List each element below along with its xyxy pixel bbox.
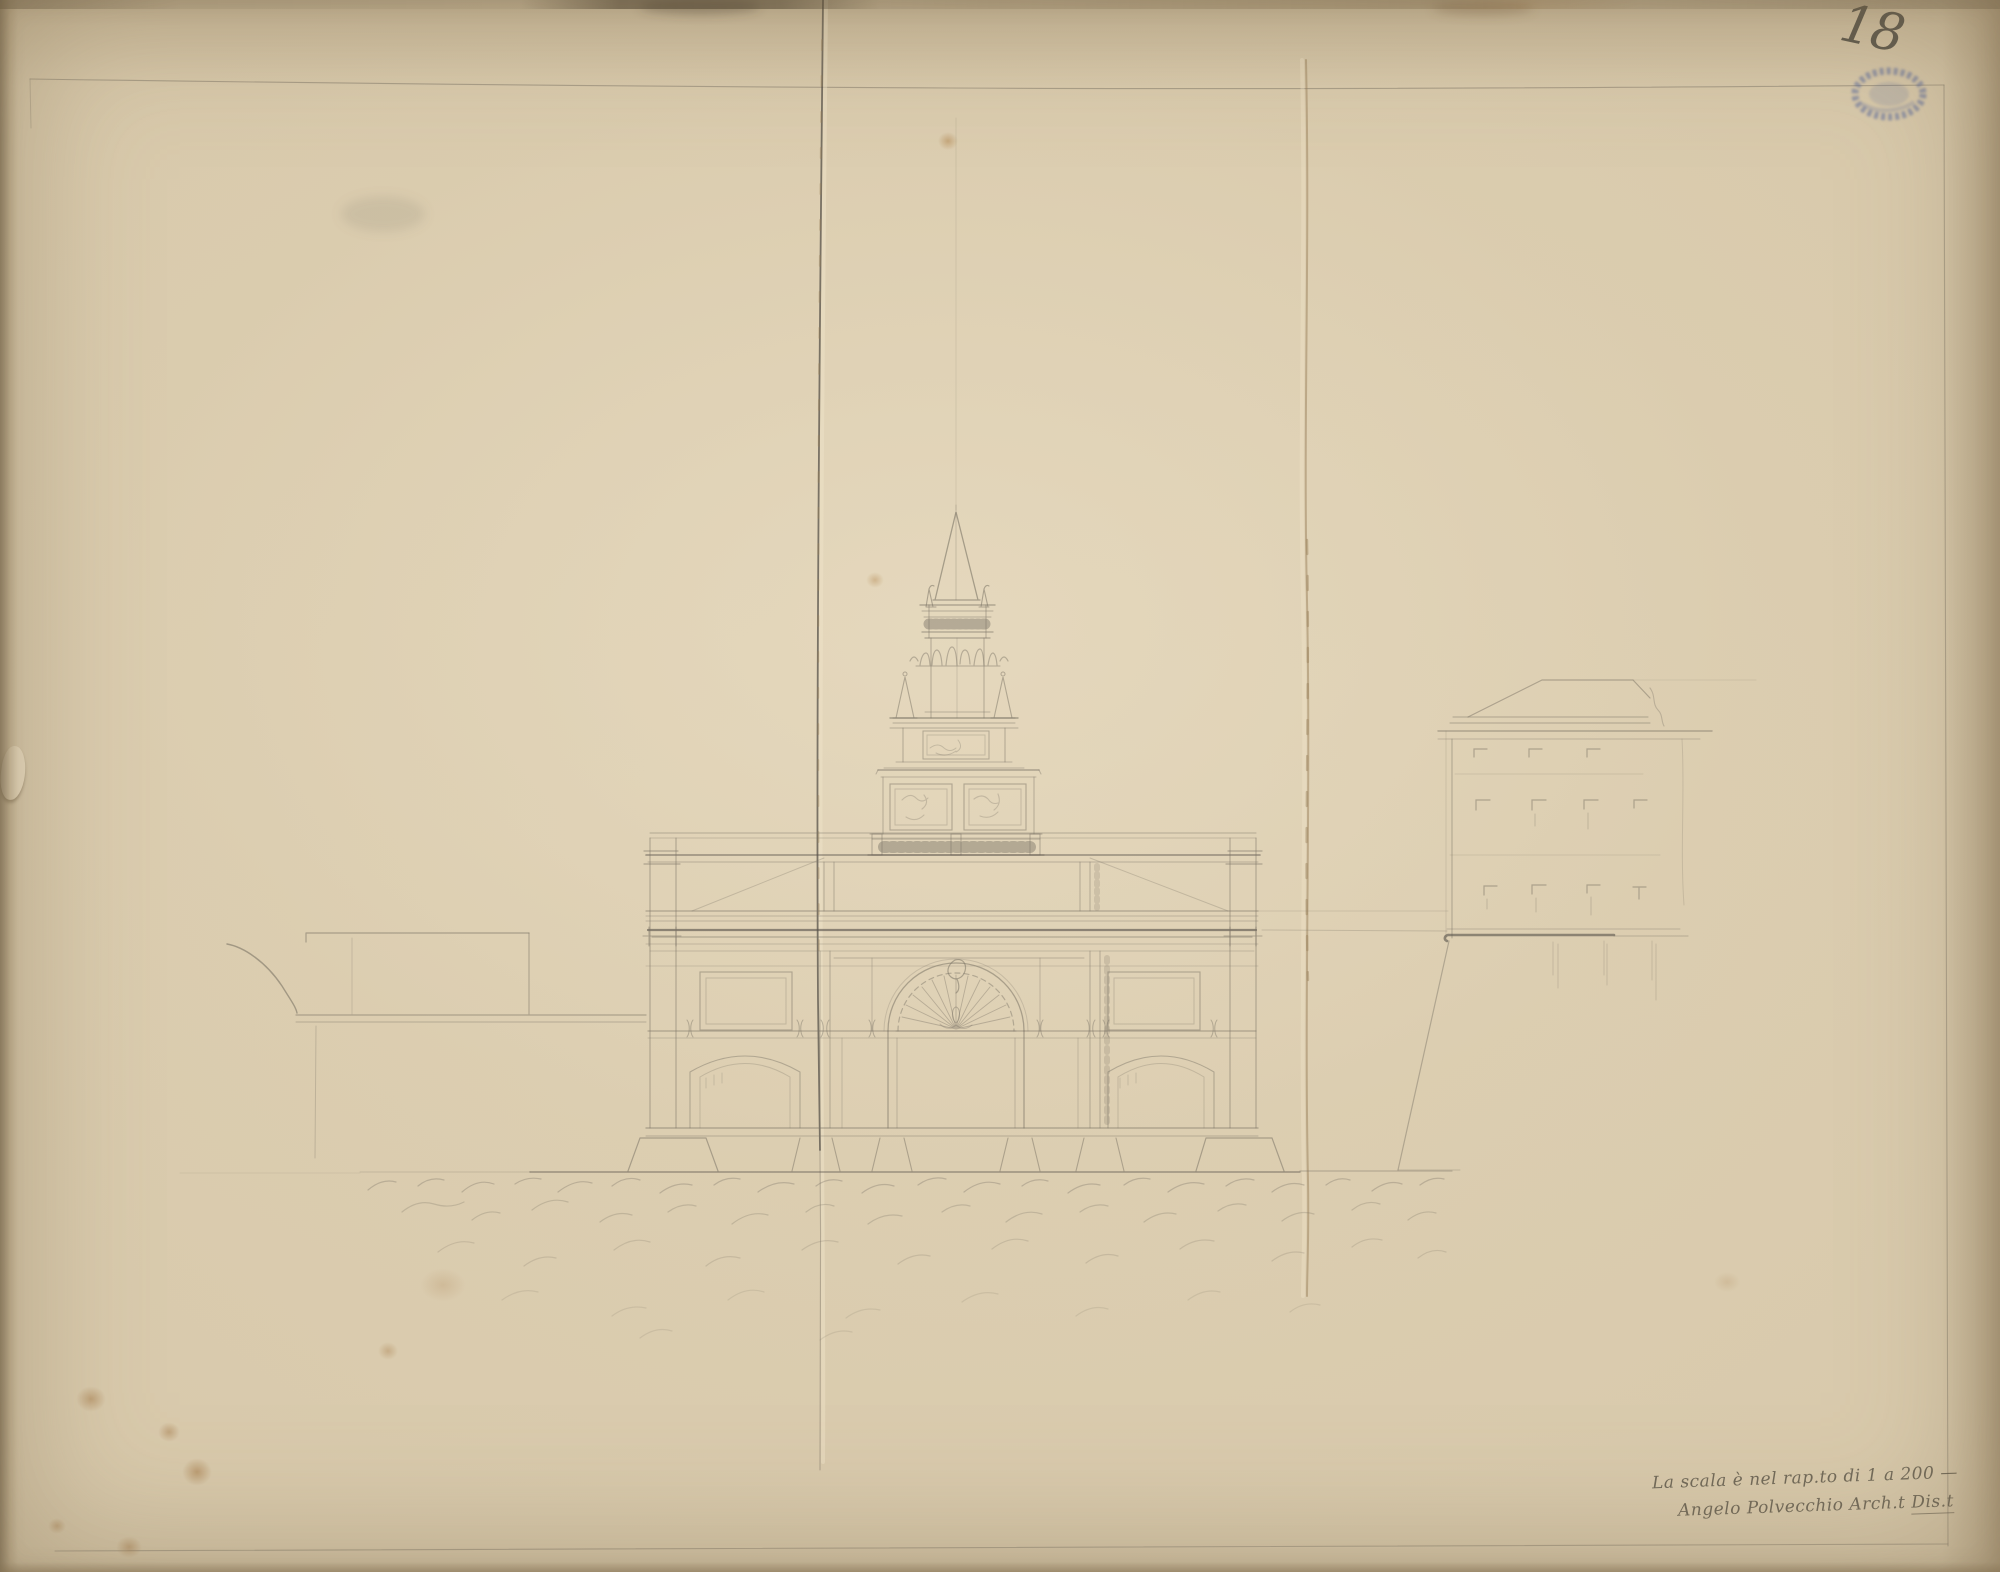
tower-lantern xyxy=(920,585,995,638)
fan-radial-lines xyxy=(902,975,1010,1029)
foot-left-pilaster xyxy=(792,1138,840,1171)
keystone-cartouche xyxy=(948,960,966,993)
ground-line-and-hatching xyxy=(180,1171,1452,1340)
paper-edge-right xyxy=(1942,0,2000,1572)
wall-curved-end xyxy=(227,944,297,1013)
foot-right-pier xyxy=(1196,1138,1284,1171)
tower-spire xyxy=(933,505,980,600)
left-pier-edges xyxy=(650,838,676,1128)
attic-panel-right xyxy=(964,784,1026,830)
left-wall-elevation xyxy=(227,933,646,1158)
pavilion-upper-pilasters xyxy=(824,862,1090,911)
obelisk-right-ball xyxy=(1001,672,1005,676)
window-marks-row2 xyxy=(1476,800,1647,810)
fold-crease-left xyxy=(817,0,826,1470)
border-frame xyxy=(30,79,1948,1551)
crease-line xyxy=(1306,60,1309,1296)
pavilion-pilasters xyxy=(687,866,1217,1128)
tower-statue-frieze xyxy=(910,638,1008,718)
window-marks-row3 xyxy=(1484,885,1646,899)
right-wing-arch xyxy=(1108,1056,1214,1128)
gate-wings xyxy=(690,972,1214,1128)
obelisk-left-ball xyxy=(903,672,907,676)
tier-relief-sketch xyxy=(930,740,961,755)
tier-base-steps xyxy=(884,762,1024,768)
tier-cornice-lines xyxy=(890,723,1018,728)
round-archive-ink-stamp xyxy=(1855,71,1923,117)
scanned-drawing-sheet: 18 La scala è nel rap.to di 1 a 200 — An… xyxy=(0,0,2000,1572)
hatch-row-1 xyxy=(368,1178,1444,1193)
graphite-smudges xyxy=(341,0,1533,232)
left-wing-panel-inner xyxy=(706,978,786,1024)
gate-end-piers xyxy=(650,838,1256,1128)
base-sketch-ticks xyxy=(1553,941,1656,1000)
attic-cornice-line xyxy=(876,770,1041,777)
crease-line-lower xyxy=(820,1150,821,1470)
foot-door-left-jamb xyxy=(872,1138,912,1171)
stringcourse-heavy xyxy=(1445,935,1614,941)
construction-guides xyxy=(956,118,1448,931)
right-wing-panel-inner xyxy=(1114,978,1194,1024)
tier-sides xyxy=(903,728,1005,762)
left-wing-panel xyxy=(700,972,792,1030)
door-jambs xyxy=(888,1031,1024,1128)
wall-right-edge-faint xyxy=(1682,739,1684,905)
obelisk-left xyxy=(893,677,917,718)
right-pier-edges xyxy=(1230,838,1256,1128)
hatch-row-4 xyxy=(502,1290,1320,1340)
lantern-cornice-bottom xyxy=(922,632,993,638)
border-bottom-line xyxy=(55,1544,1948,1551)
wall-face-edge xyxy=(315,1026,316,1158)
foot-left-pier xyxy=(628,1138,718,1171)
attic-panel-left-relief xyxy=(902,795,928,820)
right-wing-arch-inner xyxy=(1118,1064,1204,1129)
lantern-pinnacle-left xyxy=(926,585,936,607)
hatch-row-2 xyxy=(402,1200,1436,1224)
attic-panel-left xyxy=(890,784,952,830)
battered-base-edge xyxy=(1398,941,1449,1170)
tower-second-tier xyxy=(884,672,1024,768)
window-marks-row1 xyxy=(1474,749,1600,757)
hatch-row-3 xyxy=(438,1239,1446,1266)
roof-damage-squiggle xyxy=(1650,688,1664,726)
paper-edge-bottom xyxy=(0,1562,2000,1572)
right-building-elevation xyxy=(1398,680,1756,1170)
window-marks-row3-dashes xyxy=(1487,897,1591,915)
frieze-lines xyxy=(646,944,1258,951)
guide-line-stringcourse xyxy=(1262,930,1447,931)
central-arch xyxy=(648,958,1256,1128)
architrave-2 xyxy=(646,916,1258,921)
hipped-roof xyxy=(1468,680,1650,717)
paper-edge-left xyxy=(0,0,18,1572)
parapet-top xyxy=(306,933,529,942)
attic-panel-right-relief xyxy=(974,794,999,817)
city-gate-elevation xyxy=(628,505,1284,1171)
crease-highlight xyxy=(1302,60,1305,1296)
border-top-line xyxy=(30,79,1944,89)
tower-attic xyxy=(876,770,1041,834)
elevation-drawing-canvas xyxy=(0,0,2000,1572)
paper-edge-top xyxy=(0,0,2000,9)
floor-lines xyxy=(1450,774,1660,855)
lantern-pinnacle-right xyxy=(979,585,989,607)
gate-main-block xyxy=(643,833,1262,993)
right-wing-panel xyxy=(1108,972,1200,1030)
gate-base xyxy=(628,1128,1284,1171)
gate-balustrade xyxy=(868,834,1044,855)
lantern-cornice-lines xyxy=(922,611,993,617)
eaves-lines xyxy=(1450,717,1650,723)
door-jambs-inner xyxy=(897,1038,1015,1128)
window-marks-row2-dashes xyxy=(1535,813,1588,829)
attic-panel-right-inner xyxy=(969,789,1021,825)
foot-right-pilaster xyxy=(1076,1138,1124,1171)
border-left-remnant xyxy=(30,79,31,128)
smudge-upper-left xyxy=(341,196,425,232)
roof-slope-diagonals xyxy=(692,858,1228,911)
pilaster-inner-lines xyxy=(842,1038,1078,1128)
left-wing-arch-inner xyxy=(700,1064,790,1129)
left-wing-arch-shading xyxy=(706,1073,722,1088)
stamp-center-blob xyxy=(1869,82,1909,106)
right-wing-arch-shading xyxy=(1120,1073,1136,1088)
frieze-statuettes xyxy=(910,647,1008,665)
foot-door-right-jamb xyxy=(1000,1138,1040,1171)
left-wing-arch xyxy=(690,1056,800,1128)
fold-crease-right xyxy=(1302,60,1309,1296)
attic-panel-left-inner xyxy=(895,789,947,825)
obelisk-right xyxy=(991,677,1015,718)
